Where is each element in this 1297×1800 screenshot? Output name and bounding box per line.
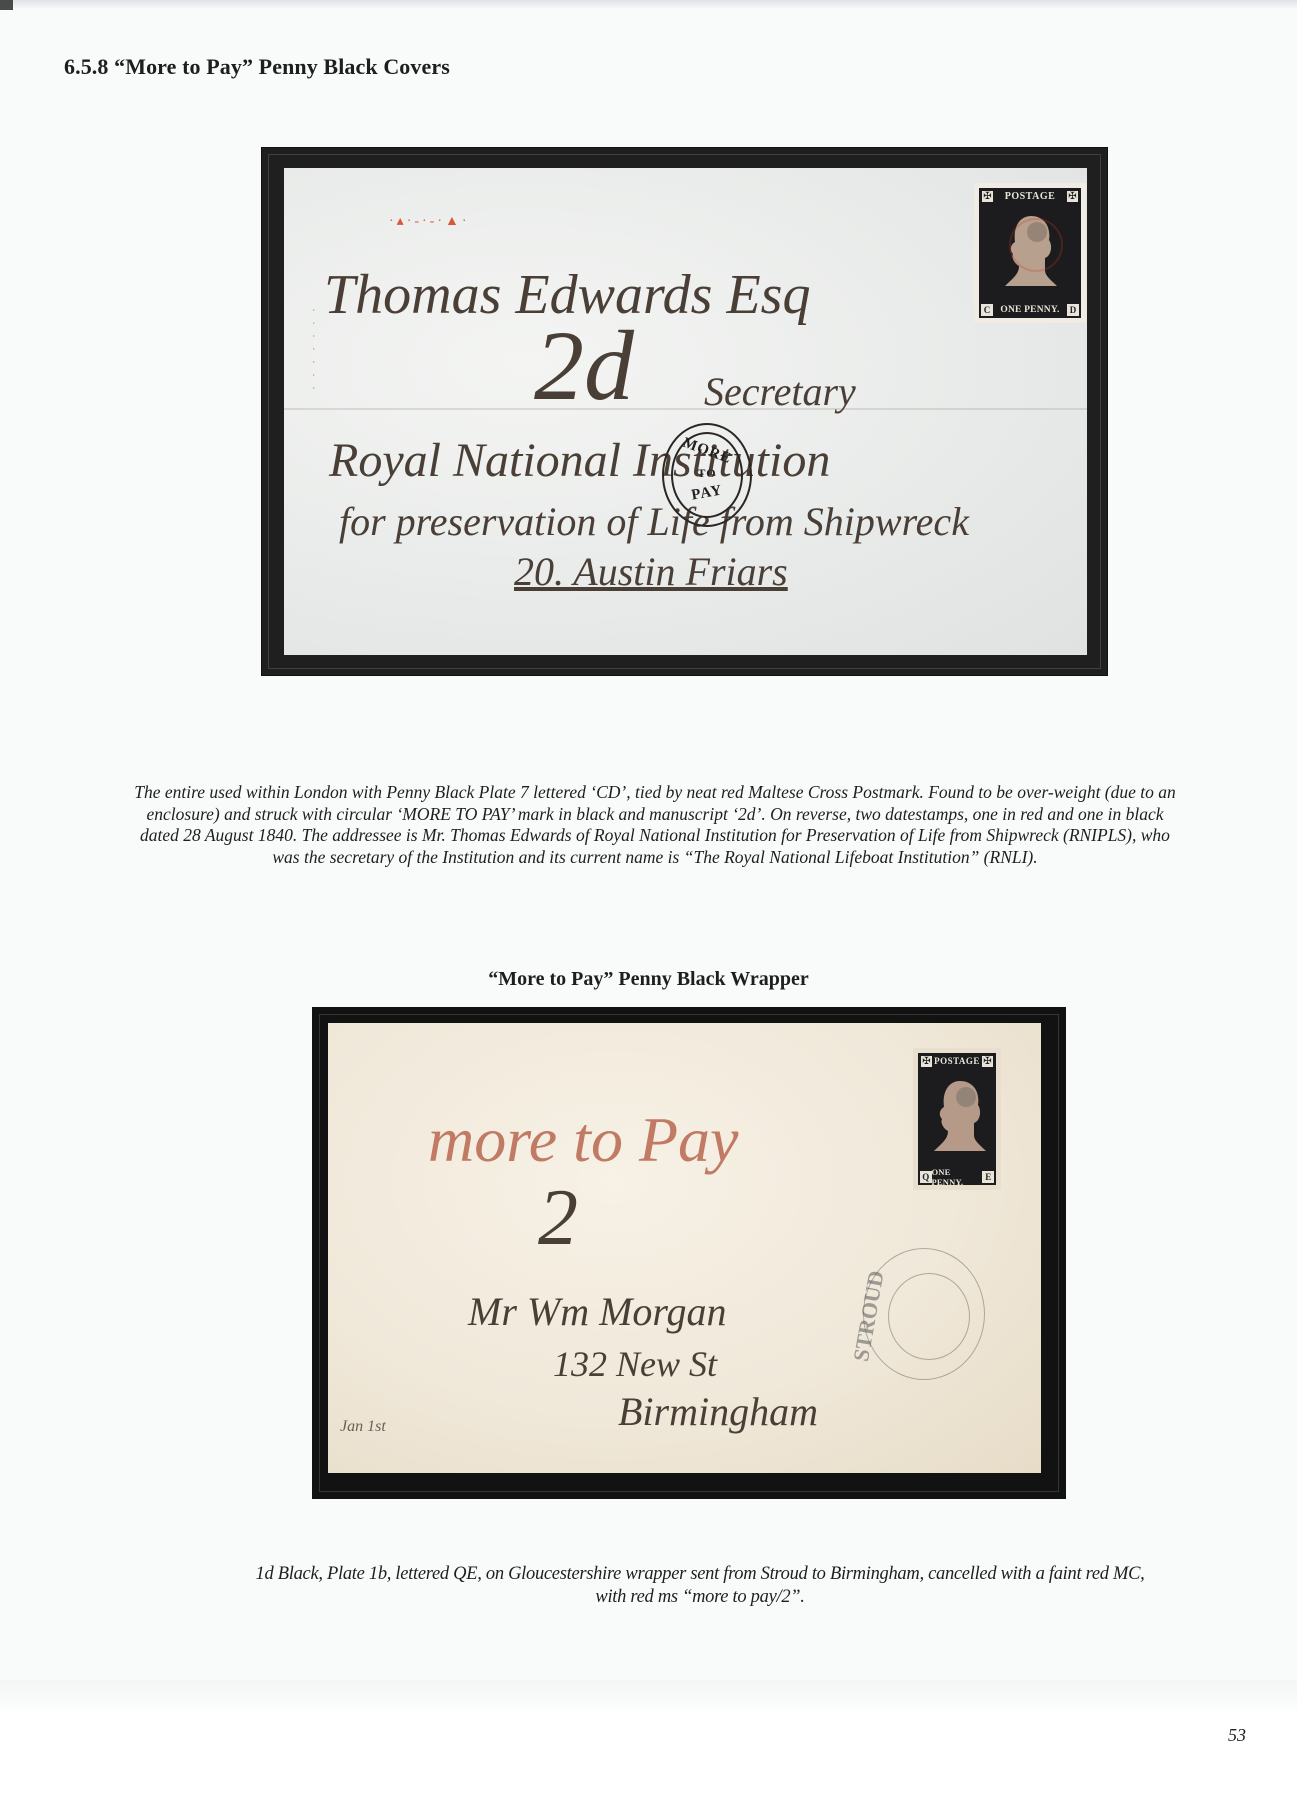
page-number: 53 (1228, 1725, 1246, 1746)
fold-line (284, 408, 1087, 410)
stamp-top-text: POSTAGE (1005, 191, 1056, 202)
penny-black-stamp: ✠ POSTAGE ✠ Q ONE PENNY. E (913, 1048, 1001, 1190)
stamp-corner-letter-right: D (1067, 304, 1079, 316)
queen-victoria-portrait-icon (930, 1075, 990, 1159)
scan-edge-top (0, 0, 1297, 8)
maltese-star-icon: ✠ (1067, 191, 1078, 202)
manuscript-charge: 2d (534, 308, 634, 423)
address-line-2: Secretary (704, 368, 856, 415)
stroud-datestamp-inner (888, 1273, 970, 1360)
cover-1-caption: The entire used within London with Penny… (130, 782, 1180, 868)
stamp-bottom-text: ONE PENNY. (1000, 305, 1059, 315)
address-line-1: Mr Wm Morgan (468, 1288, 727, 1335)
stamp-bottom-text: ONE PENNY. (932, 1167, 983, 1185)
docket-note: Jan 1st (340, 1418, 386, 1436)
maltese-star-icon: ✠ (921, 1056, 932, 1067)
cover-1-entire: ·▴·-·-·▲· · · · · · · · ✠ POSTAGE ✠ C ON… (284, 168, 1087, 655)
stamp-corner-letter-left: Q (920, 1171, 932, 1183)
red-maltese-cross-strike: ·▴·-·-·▲· (389, 213, 470, 230)
scan-edge-bottom (0, 1680, 1297, 1800)
address-line-5: 20. Austin Friars (514, 548, 788, 595)
maltese-star-icon: ✠ (982, 1056, 993, 1067)
stamp-corner-letter-left: C (981, 304, 993, 316)
address-line-4: for preservation of Life from Shipwreck (339, 498, 969, 545)
manuscript-charge: 2 (538, 1173, 578, 1264)
stamp-corner-letter-right: E (982, 1171, 994, 1183)
penny-black-stamp: ✠ POSTAGE ✠ C ONE PENNY. D (974, 183, 1086, 323)
red-maltese-cross-cancel (1009, 218, 1063, 272)
section-title: 6.5.8 “More to Pay” Penny Black Covers (64, 54, 450, 80)
stamp-top-text: POSTAGE (934, 1056, 980, 1066)
more-to-pay-handstamp: MORE TO PAY (662, 423, 752, 527)
red-manuscript-more-to-pay: more to Pay (428, 1103, 738, 1177)
scan-corner-mark (0, 0, 13, 10)
maltese-star-icon: ✠ (982, 191, 993, 202)
cover-2-wrapper: ✠ POSTAGE ✠ Q ONE PENNY. E more to Pay 2… (328, 1023, 1041, 1473)
cover-2-caption: 1d Black, Plate 1b, lettered QE, on Glou… (250, 1563, 1150, 1609)
address-line-2: 132 New St (553, 1343, 717, 1385)
red-marks-edge: · · · · · · · (306, 308, 321, 393)
wrapper-title: “More to Pay” Penny Black Wrapper (0, 968, 1297, 991)
address-line-3: Royal National Institution (329, 433, 830, 488)
cover-1-mount: ·▴·-·-·▲· · · · · · · · ✠ POSTAGE ✠ C ON… (262, 148, 1107, 675)
cover-2-mount: ✠ POSTAGE ✠ Q ONE PENNY. E more to Pay 2… (313, 1008, 1065, 1498)
address-line-3: Birmingham (618, 1388, 818, 1435)
